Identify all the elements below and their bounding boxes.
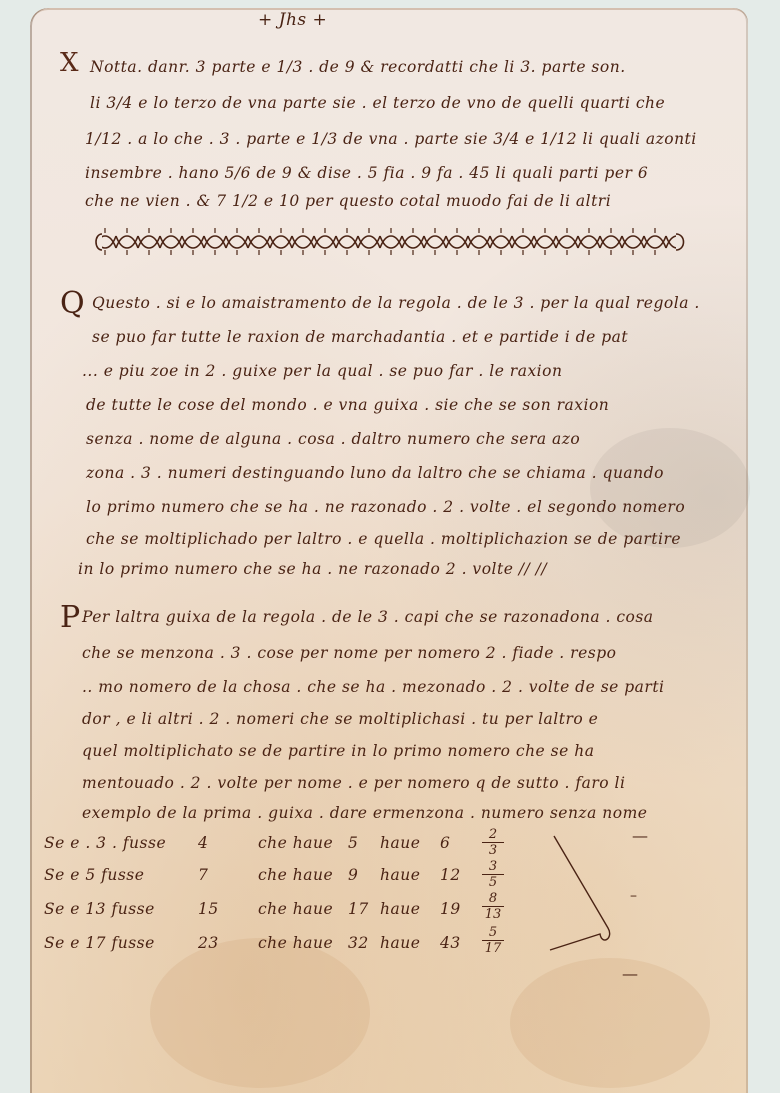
margin-dash: – xyxy=(630,888,637,904)
table-cell: 19 xyxy=(440,900,461,918)
decorated-initial: P xyxy=(60,600,81,635)
table-cell: che haue xyxy=(258,900,333,918)
table-cell: che haue xyxy=(258,866,333,884)
fraction: 23 xyxy=(482,828,504,857)
table-row-label: Se e 13 fusse xyxy=(44,900,155,918)
table-row-label: Se e 5 fusse xyxy=(44,866,144,884)
text-line: de tutte le cose del mondo . e vna guixa… xyxy=(86,396,609,414)
decorative-braid-border xyxy=(94,226,686,256)
margin-dash: — xyxy=(632,826,648,845)
manuscript-page: + Jhs + X Notta. danr. 3 parte e 1/3 . d… xyxy=(30,8,748,1093)
text-line: insembre . hano 5/6 de 9 & dise . 5 fia … xyxy=(85,164,648,182)
text-line: che se menzona . 3 . cose per nome per n… xyxy=(82,644,616,662)
text-line: exemplo de la prima . guixa . dare ermen… xyxy=(82,804,647,822)
table-cell: haue xyxy=(380,866,420,884)
table-cell: 5 xyxy=(348,834,358,852)
fraction-numerator: 2 xyxy=(489,827,497,842)
text-line: li 3/4 e lo terzo de vna parte sie . el … xyxy=(90,94,665,112)
text-line: Per laltra guixa de la regola . de le 3 … xyxy=(82,608,654,626)
fraction: 35 xyxy=(482,860,504,889)
table-cell: 12 xyxy=(440,866,461,884)
text-line: che se moltiplichado per laltro . e quel… xyxy=(86,530,681,548)
table-cell: che haue xyxy=(258,934,333,952)
table-row-label: Se e . 3 . fusse xyxy=(44,834,166,852)
text-line: .. mo nomero de la chosa . che se ha . m… xyxy=(82,678,665,696)
paper-stain xyxy=(150,938,370,1088)
table-cell: haue xyxy=(380,834,420,852)
fraction-numerator: 8 xyxy=(489,891,497,906)
text-line: se puo far tutte le raxion de marchadant… xyxy=(92,328,628,346)
decorated-initial: Q xyxy=(60,286,85,321)
fraction-denominator: 17 xyxy=(485,941,502,956)
margin-x-mark: X xyxy=(60,48,79,78)
fraction-numerator: 3 xyxy=(489,859,497,874)
table-cell: 6 xyxy=(440,834,450,852)
margin-dash: — xyxy=(622,964,638,983)
fraction: 517 xyxy=(482,926,504,955)
text-line: dor , e li altri . 2 . nomeri che se mol… xyxy=(82,710,598,728)
fraction-denominator: 3 xyxy=(489,843,497,858)
bracket-stroke xyxy=(540,828,630,958)
fraction-denominator: 5 xyxy=(489,875,497,890)
text-line: Questo . si e lo amaistramento de la reg… xyxy=(92,294,700,312)
table-cell: haue xyxy=(380,900,420,918)
table-cell: haue xyxy=(380,934,420,952)
fraction-denominator: 13 xyxy=(485,907,502,922)
text-line: Q xyxy=(60,286,85,321)
fraction: 813 xyxy=(482,892,504,921)
text-line: quel moltiplichato se de partire in lo p… xyxy=(82,742,594,760)
table-row-label: Se e 17 fusse xyxy=(44,934,155,952)
text-line: senza . nome de alguna . cosa . daltro n… xyxy=(86,430,580,448)
page-heading: + Jhs + xyxy=(258,10,327,30)
text-line: che ne vien . & 7 1/2 e 10 per questo co… xyxy=(85,192,611,210)
text-line: lo primo numero che se ha . ne razonado … xyxy=(86,498,685,516)
paper-stain xyxy=(510,958,710,1088)
text-line: zona . 3 . numeri destinguando luno da l… xyxy=(86,464,664,482)
fraction-numerator: 5 xyxy=(489,925,497,940)
text-line: mentouado . 2 . volte per nome . e per n… xyxy=(82,774,625,792)
table-cell: 9 xyxy=(348,866,358,884)
text-line: 1/12 . a lo che . 3 . parte e 1/3 de vna… xyxy=(85,130,697,148)
table-cell: 15 xyxy=(198,900,219,918)
text-line: in lo primo numero che se ha . ne razona… xyxy=(78,560,547,578)
text-line: P xyxy=(60,600,81,635)
text-line: ... e piu zoe in 2 . guixe per la qual .… xyxy=(82,362,562,380)
text-line: Notta. danr. 3 parte e 1/3 . de 9 & reco… xyxy=(90,58,626,76)
table-cell: 17 xyxy=(348,900,369,918)
table-cell: 23 xyxy=(198,934,219,952)
table-cell: 32 xyxy=(348,934,369,952)
table-cell: che haue xyxy=(258,834,333,852)
table-cell: 4 xyxy=(198,834,208,852)
table-cell: 43 xyxy=(440,934,461,952)
table-cell: 7 xyxy=(198,866,208,884)
